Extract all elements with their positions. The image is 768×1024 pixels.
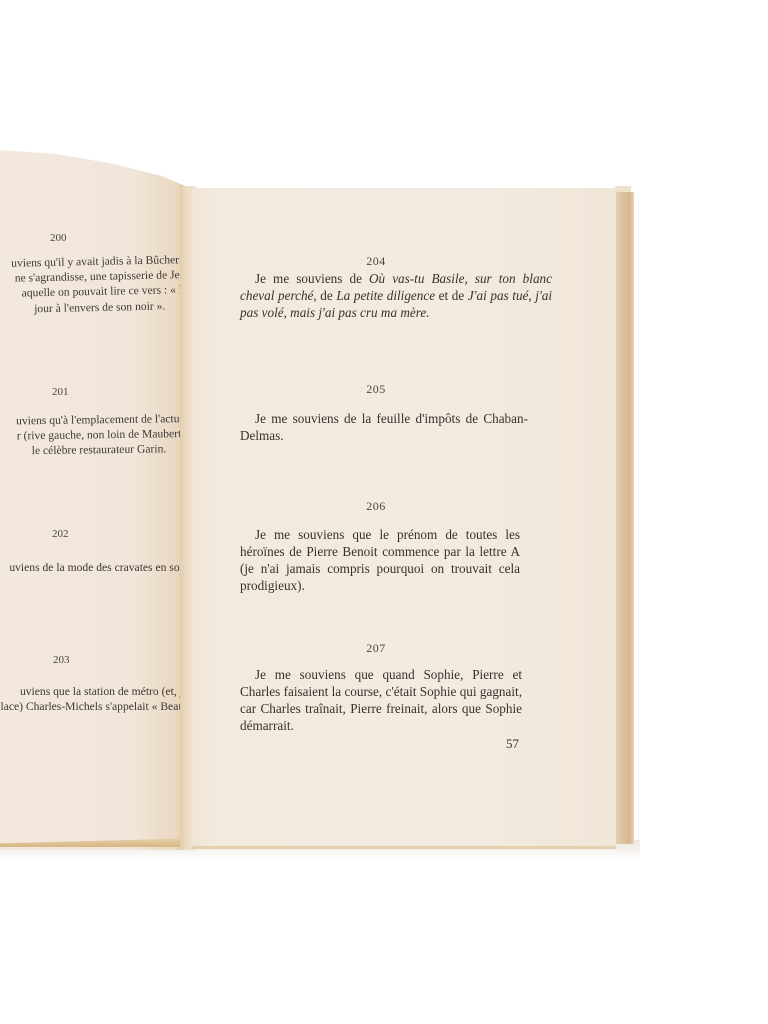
right-page: 204 Je me souviens de Où vas-tu Basile, …	[192, 188, 616, 846]
page-number: 57	[506, 736, 519, 752]
text-span: , de	[313, 288, 336, 303]
text-span: Je me souviens de	[255, 271, 369, 286]
left-entry-202: uviens de la mode des cravates en soie	[9, 560, 188, 575]
entry-number-201: 201	[52, 386, 69, 398]
entry-number-200: 200	[50, 232, 67, 244]
book-photo: 200 uviens qu'il y avait jadis à la Bûch…	[0, 0, 768, 1024]
left-entry-201: uviens qu'à l'emplacement de l'actuel r …	[16, 411, 188, 459]
entry-number-205: 205	[192, 382, 560, 397]
entry-207-text: Je me souviens que quand Sophie, Pierre …	[240, 666, 522, 734]
entry-number-207: 207	[192, 641, 560, 656]
entry-205-text: Je me souviens de la feuille d'impôts de…	[240, 410, 528, 444]
left-entry-203: uviens que la station de métro (et, je p…	[0, 684, 188, 714]
entry-number-202: 202	[52, 528, 69, 540]
entry-number-206: 206	[192, 499, 560, 514]
entry-number-204: 204	[192, 254, 560, 269]
text-line: uviens que la station de métro (et, je	[0, 684, 188, 699]
text-line: uviens de la mode des cravates en soie	[9, 560, 188, 575]
text-span: Je me souviens de la feuille d'impôts de…	[240, 411, 528, 443]
left-entry-200: uviens qu'il y avait jadis à la Bûcherie…	[11, 252, 191, 317]
text-span: Je me souviens que le prénom de toutes l…	[240, 527, 520, 593]
text-span: et de	[435, 288, 468, 303]
text-line: le célèbre restaurateur Garin.	[17, 441, 189, 459]
entry-206-text: Je me souviens que le prénom de toutes l…	[240, 526, 520, 594]
entry-204-text: Je me souviens de Où vas-tu Basile, sur …	[240, 270, 552, 321]
text-line: place) Charles-Michels s'appelait « Beau…	[0, 699, 188, 714]
entry-number-203: 203	[53, 654, 70, 666]
text-span: Je me souviens que quand Sophie, Pierre …	[240, 667, 522, 733]
song-title: La petite diligence	[336, 288, 435, 303]
